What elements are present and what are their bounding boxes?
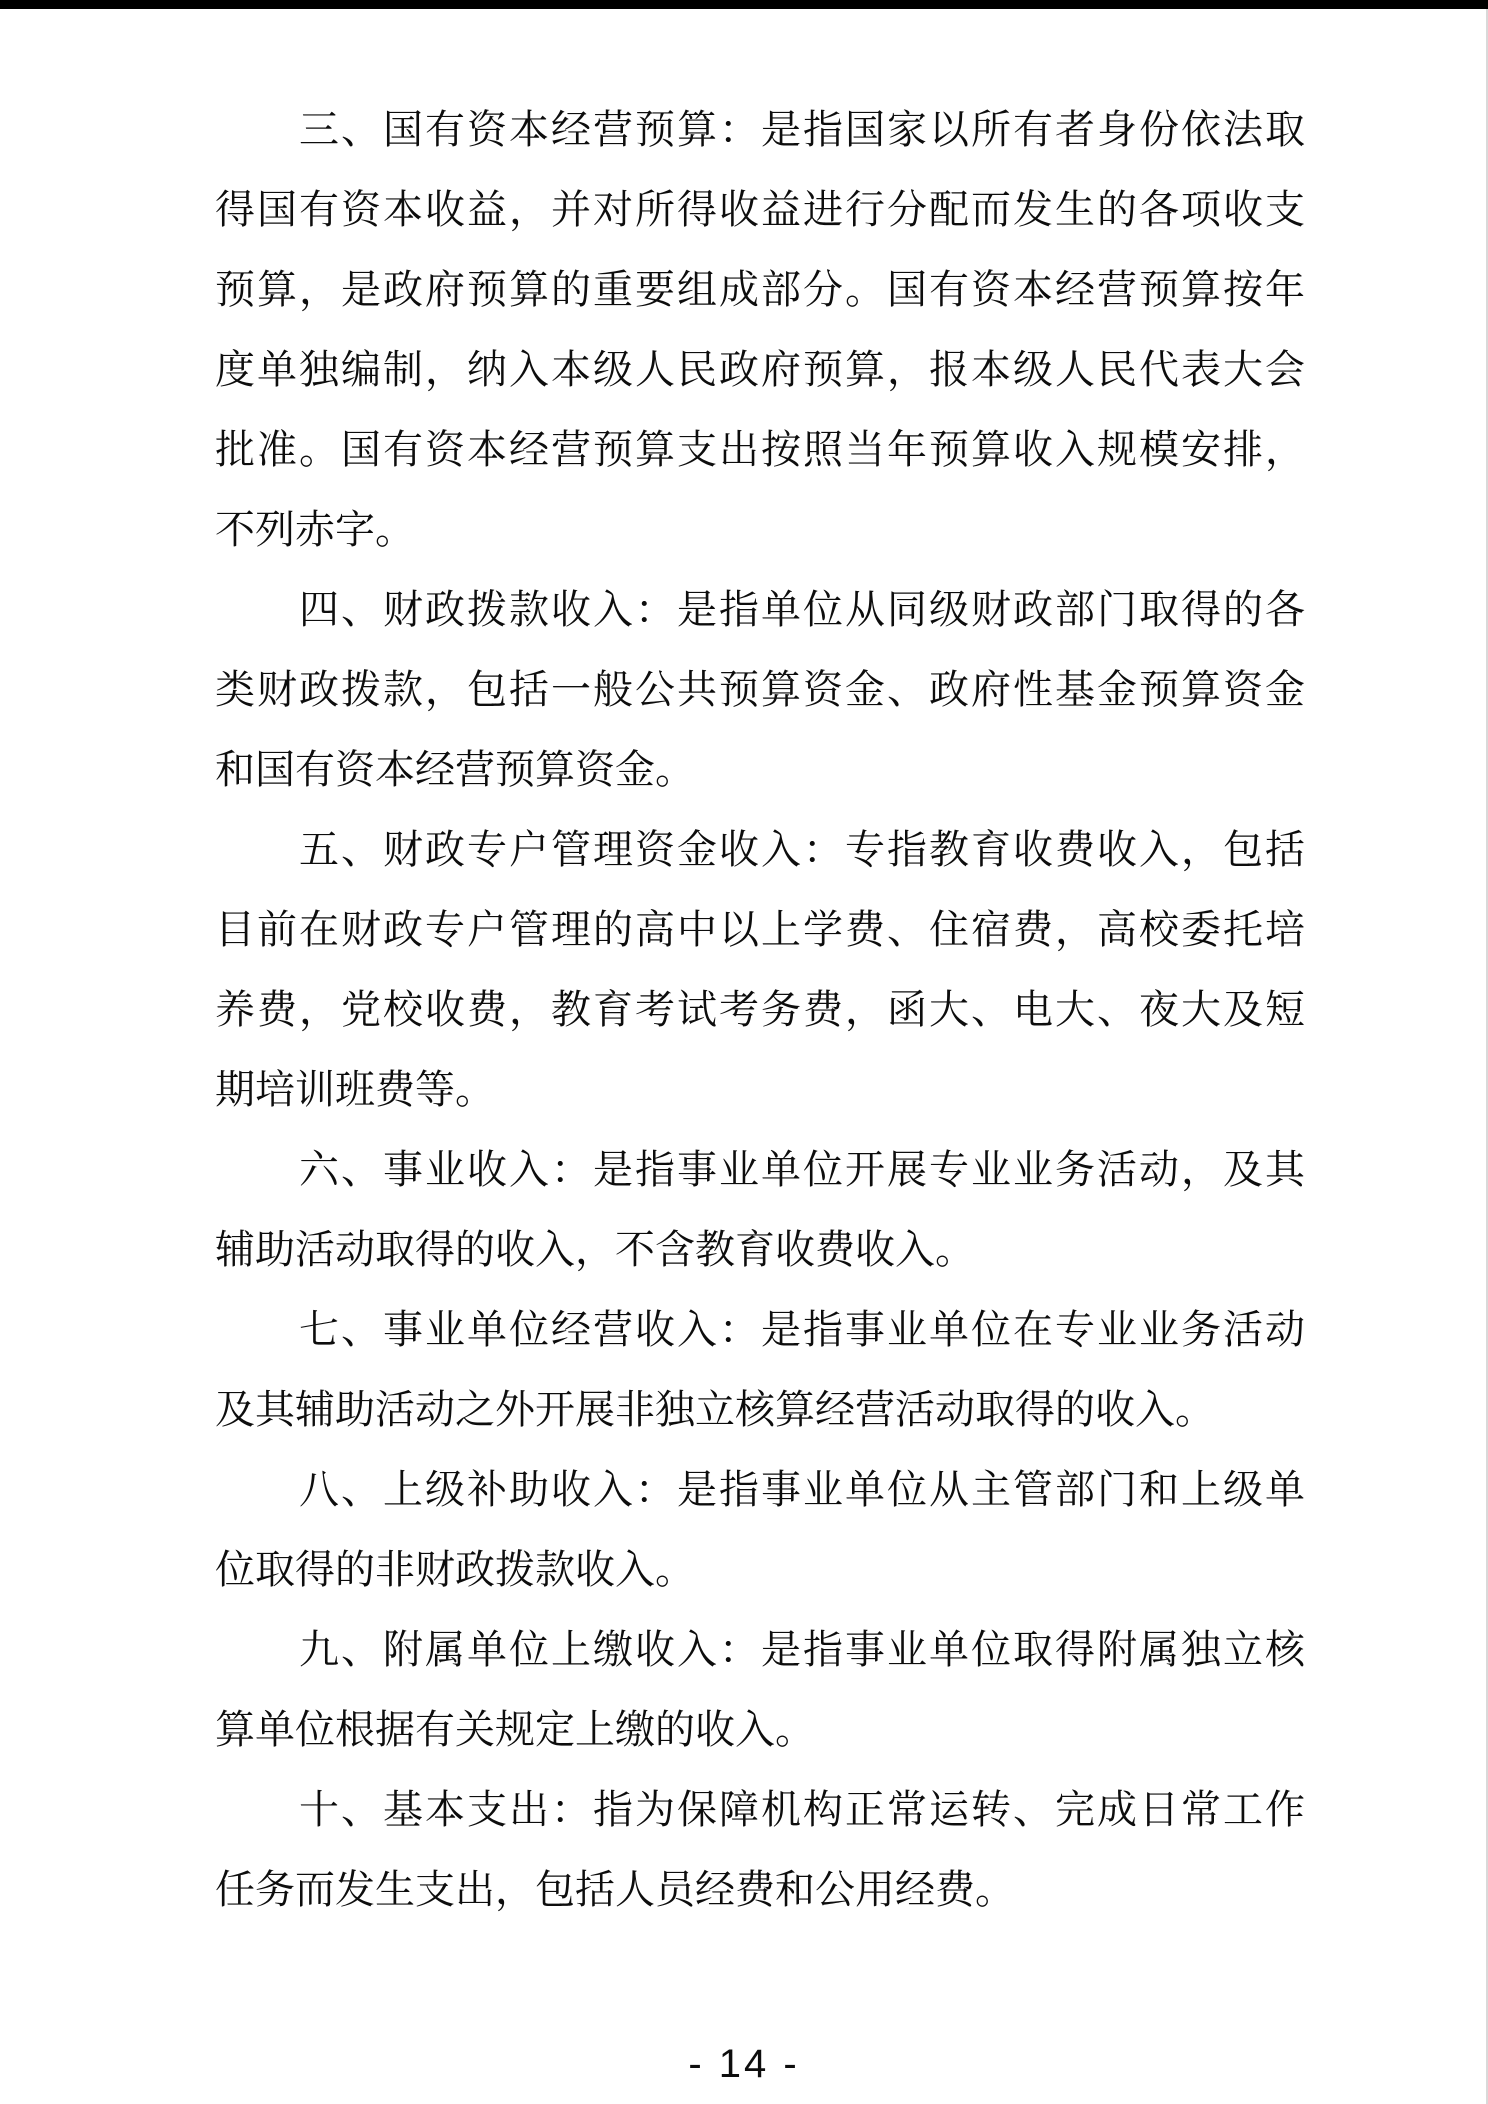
page-number: - 14 - [0, 2034, 1488, 2094]
paragraph-affiliated-unit-income: 九、附属单位上缴收入：是指事业单位取得附属独立核 算单位根据有关规定上缴的收入。 [215, 1610, 1305, 1770]
paragraph-special-account-funds: 五、财政专户管理资金收入：专指教育收费收入，包括 目前在财政专户管理的高中以上学… [215, 810, 1305, 1130]
text-line: 八、上级补助收入：是指事业单位从主管部门和上级单 [215, 1450, 1305, 1530]
text-line: 养费，党校收费，教育考试考务费，函大、电大、夜大及短 [215, 970, 1305, 1050]
text-line: 度单独编制，纳入本级人民政府预算，报本级人民代表大会 [215, 330, 1305, 410]
text-line: 得国有资本收益，并对所得收益进行分配而发生的各项收支 [215, 170, 1305, 250]
paragraph-state-capital-budget: 三、国有资本经营预算：是指国家以所有者身份依法取 得国有资本收益，并对所得收益进… [215, 90, 1305, 570]
paragraph-institution-income: 六、事业收入：是指事业单位开展专业业务活动，及其 辅助活动取得的收入，不含教育收… [215, 1130, 1305, 1290]
text-line: 目前在财政专户管理的高中以上学费、住宿费，高校委托培 [215, 890, 1305, 970]
text-line: 辅助活动取得的收入，不含教育收费收入。 [215, 1210, 1305, 1290]
text-line: 和国有资本经营预算资金。 [215, 730, 1305, 810]
text-line: 四、财政拨款收入：是指单位从同级财政部门取得的各 [215, 570, 1305, 650]
text-line: 六、事业收入：是指事业单位开展专业业务活动，及其 [215, 1130, 1305, 1210]
document-body-text: 三、国有资本经营预算：是指国家以所有者身份依法取 得国有资本收益，并对所得收益进… [215, 90, 1305, 1930]
paragraph-fiscal-appropriation-income: 四、财政拨款收入：是指单位从同级财政部门取得的各 类财政拨款，包括一般公共预算资… [215, 570, 1305, 810]
text-line: 类财政拨款，包括一般公共预算资金、政府性基金预算资金 [215, 650, 1305, 730]
text-line: 任务而发生支出，包括人员经费和公用经费。 [215, 1850, 1305, 1930]
text-line: 位取得的非财政拨款收入。 [215, 1530, 1305, 1610]
text-line: 期培训班费等。 [215, 1050, 1305, 1130]
text-line: 七、事业单位经营收入：是指事业单位在专业业务活动 [215, 1290, 1305, 1370]
text-line: 三、国有资本经营预算：是指国家以所有者身份依法取 [215, 90, 1305, 170]
text-line: 不列赤字。 [215, 490, 1305, 570]
paragraph-superior-subsidy-income: 八、上级补助收入：是指事业单位从主管部门和上级单 位取得的非财政拨款收入。 [215, 1450, 1305, 1610]
scan-artifact-top-bar [0, 0, 1488, 9]
text-line: 及其辅助活动之外开展非独立核算经营活动取得的收入。 [215, 1370, 1305, 1450]
paragraph-institution-operating-income: 七、事业单位经营收入：是指事业单位在专业业务活动 及其辅助活动之外开展非独立核算… [215, 1290, 1305, 1450]
text-line: 九、附属单位上缴收入：是指事业单位取得附属独立核 [215, 1610, 1305, 1690]
text-line: 五、财政专户管理资金收入：专指教育收费收入，包括 [215, 810, 1305, 890]
text-line: 预算，是政府预算的重要组成部分。国有资本经营预算按年 [215, 250, 1305, 330]
text-line: 算单位根据有关规定上缴的收入。 [215, 1690, 1305, 1770]
scanned-document-page: { "page": { "number_label": "- 14 -" }, … [0, 0, 1488, 2104]
text-line: 批准。国有资本经营预算支出按照当年预算收入规模安排， [215, 410, 1305, 490]
text-line: 十、基本支出：指为保障机构正常运转、完成日常工作 [215, 1770, 1305, 1850]
paragraph-basic-expenditure: 十、基本支出：指为保障机构正常运转、完成日常工作 任务而发生支出，包括人员经费和… [215, 1770, 1305, 1930]
